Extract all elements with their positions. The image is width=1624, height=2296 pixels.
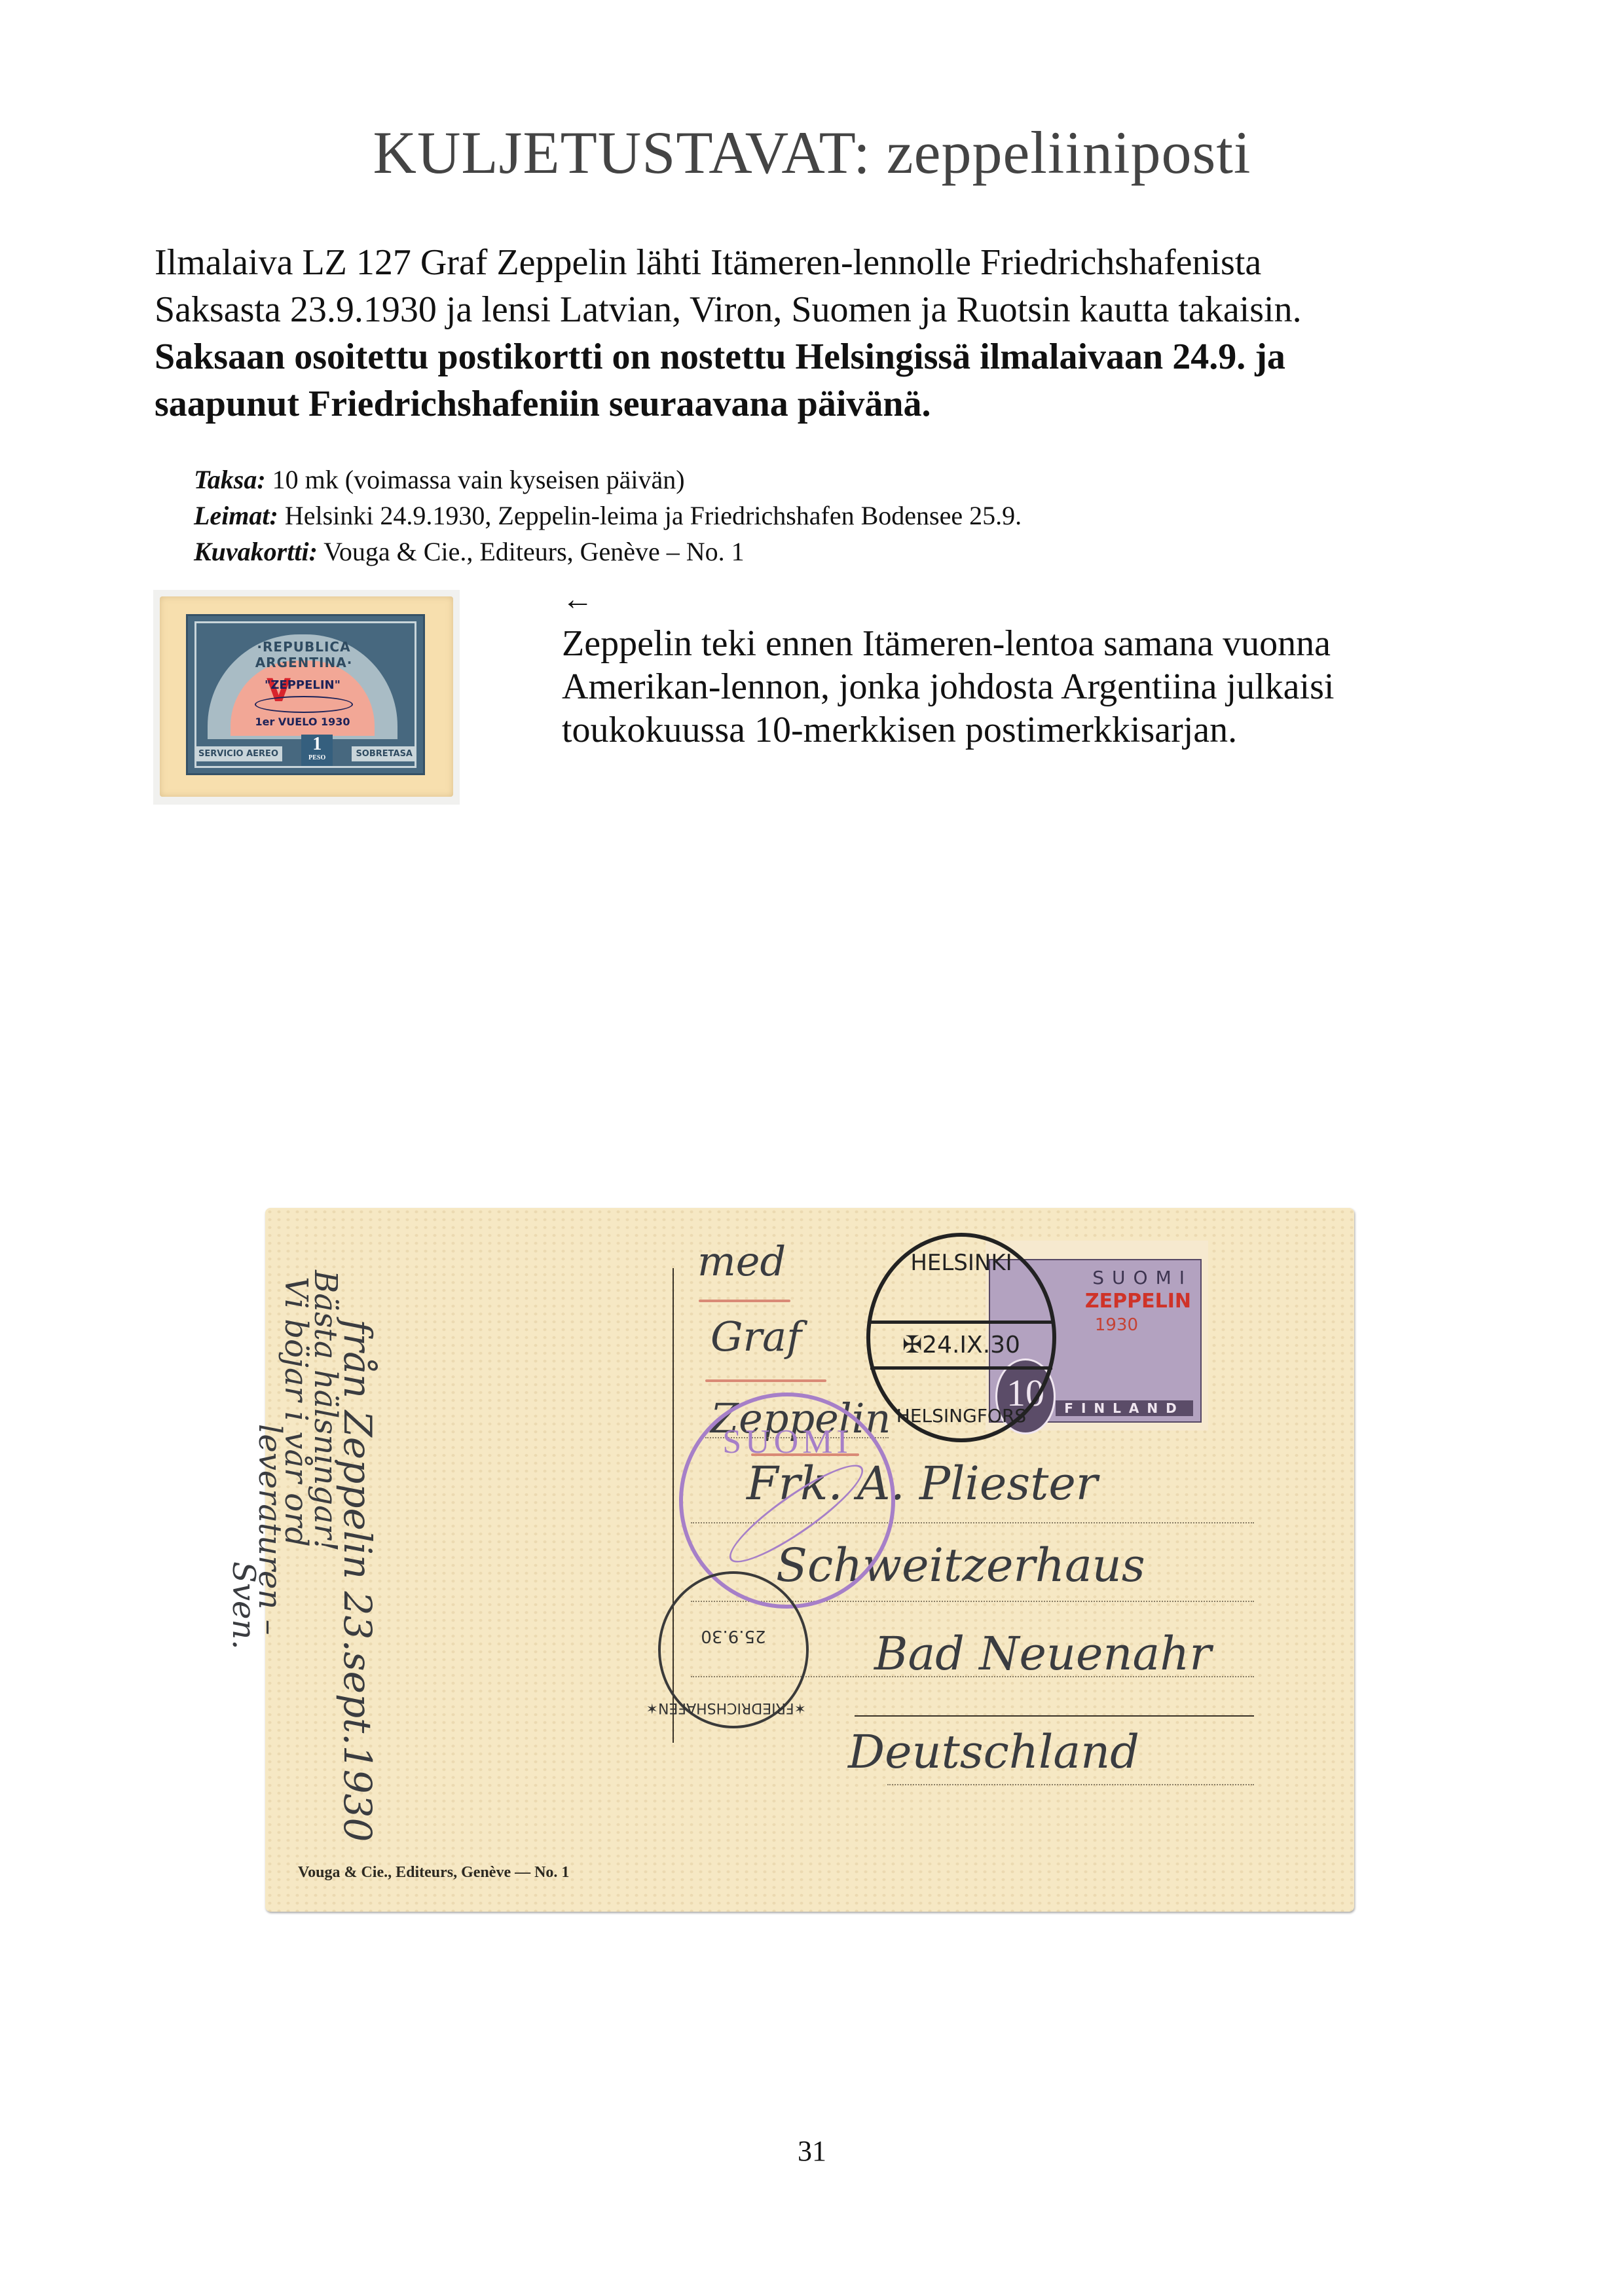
friedrichshafen-postmark: ✶FRIEDRICHSHAFEN✶ 25.9.30 <box>658 1571 809 1728</box>
stamp-frame: ·REPUBLICA ARGENTINA· V "ZEPPELIN" 1er V… <box>186 614 425 775</box>
routing-line: med <box>697 1237 786 1285</box>
side-note: Zeppelin teki ennen Itämeren-lentoa sama… <box>562 622 1413 752</box>
zeppelin-airship-icon <box>720 1452 874 1576</box>
red-underline <box>705 1379 826 1382</box>
detail-value: Helsinki 24.9.1930, Zeppelin-leima ja Fr… <box>278 501 1022 530</box>
details-list: Taksa: 10 mk (voimassa vain kyseisen päi… <box>194 462 1022 570</box>
helsinki-postmark: HELSINKI ✠24.IX.30 HELSINGFORS <box>866 1233 1056 1442</box>
stamp-overprint: "ZEPPELIN" <box>234 678 371 692</box>
stamp-left-tab: SERVICIO AEREO <box>194 746 282 761</box>
argentina-zeppelin-stamp: ·REPUBLICA ARGENTINA· V "ZEPPELIN" 1er V… <box>153 590 460 805</box>
side-note-line: toukokuussa 10-merkkisen postimerkkisarj… <box>562 708 1413 752</box>
intro-bold-line: saapunut Friedrichshafeniin seuraavana p… <box>155 380 1431 428</box>
detail-label: Kuvakortti: <box>194 537 318 566</box>
routing-line: Graf <box>710 1313 802 1360</box>
address-line: Bad Neuenahr <box>874 1627 1211 1681</box>
intro-bold-line: Saksaan osoitettu postikortti on nostett… <box>155 333 1431 380</box>
zeppelin-postcard: från Zeppelin 23.sept.1930 Bästa hälsnin… <box>265 1208 1354 1912</box>
handwritten-message-line: Sven. <box>225 1561 262 1650</box>
side-note-line: Zeppelin teki ennen Itämeren-lentoa sama… <box>562 622 1413 665</box>
stamp-country: ·REPUBLICA ARGENTINA· <box>215 639 392 670</box>
page-number: 31 <box>0 2134 1624 2168</box>
postmark-date: ✠24.IX.30 <box>870 1321 1052 1370</box>
stamp-right-tab: SOBRETASA <box>352 746 416 761</box>
postmark-top-text: HELSINKI <box>870 1250 1052 1276</box>
side-note-line: Amerikan-lennon, jonka johdosta Argentii… <box>562 665 1413 708</box>
postmark-bottom-text: HELSINGFORS <box>870 1405 1052 1427</box>
detail-kuvakortti: Kuvakortti: Vouga & Cie., Editeurs, Genè… <box>194 534 1022 570</box>
zeppelin-airship-icon <box>255 696 353 713</box>
red-underline <box>699 1300 790 1302</box>
page-title: KULJETUSTAVAT: zeppeliiniposti <box>0 118 1624 187</box>
intro-line: Ilmalaiva LZ 127 Graf Zeppelin lähti Itä… <box>155 239 1431 286</box>
cachet-text: SUOMI <box>683 1423 891 1461</box>
address-rule <box>855 1715 1254 1717</box>
detail-value: 10 mk (voimassa vain kyseisen päivän) <box>266 465 685 494</box>
detail-leimat: Leimat: Helsinki 24.9.1930, Zeppelin-lei… <box>194 498 1022 534</box>
stamp-overprint-flight: 1er VUELO 1930 <box>234 716 371 728</box>
stamp-overprint: ZEPPELIN <box>1085 1290 1191 1313</box>
stamp-value: 1PESO <box>301 735 333 766</box>
detail-value: Vouga & Cie., Editeurs, Genève – No. 1 <box>318 537 745 566</box>
left-arrow-icon: ← <box>562 581 593 617</box>
stamp-value-unit: PESO <box>301 754 333 762</box>
stamp-country: SUOMI <box>1092 1267 1192 1288</box>
detail-label: Taksa: <box>194 465 266 494</box>
stamp-overprint-year: 1930 <box>1095 1315 1138 1335</box>
address-line: Deutschland <box>848 1725 1139 1779</box>
detail-taksa: Taksa: 10 mk (voimassa vain kyseisen päi… <box>194 462 1022 498</box>
detail-label: Leimat: <box>194 501 278 530</box>
postmark-date: 25.9.30 <box>661 1626 806 1646</box>
intro-line: Saksasta 23.9.1930 ja lensi Latvian, Vir… <box>155 286 1431 333</box>
postmark-ring-text: ✶FRIEDRICHSHAFEN✶ <box>661 1700 806 1716</box>
publisher-imprint: Vouga & Cie., Editeurs, Genève — No. 1 <box>298 1864 569 1882</box>
address-rule <box>887 1784 1254 1785</box>
intro-paragraph: Ilmalaiva LZ 127 Graf Zeppelin lähti Itä… <box>155 239 1431 428</box>
stamp-value-number: 1 <box>312 734 322 754</box>
stamp-footer: FINLAND <box>1056 1400 1193 1416</box>
stamp-bottom-band: SERVICIO AEREO 1PESO SOBRETASA <box>194 740 416 767</box>
